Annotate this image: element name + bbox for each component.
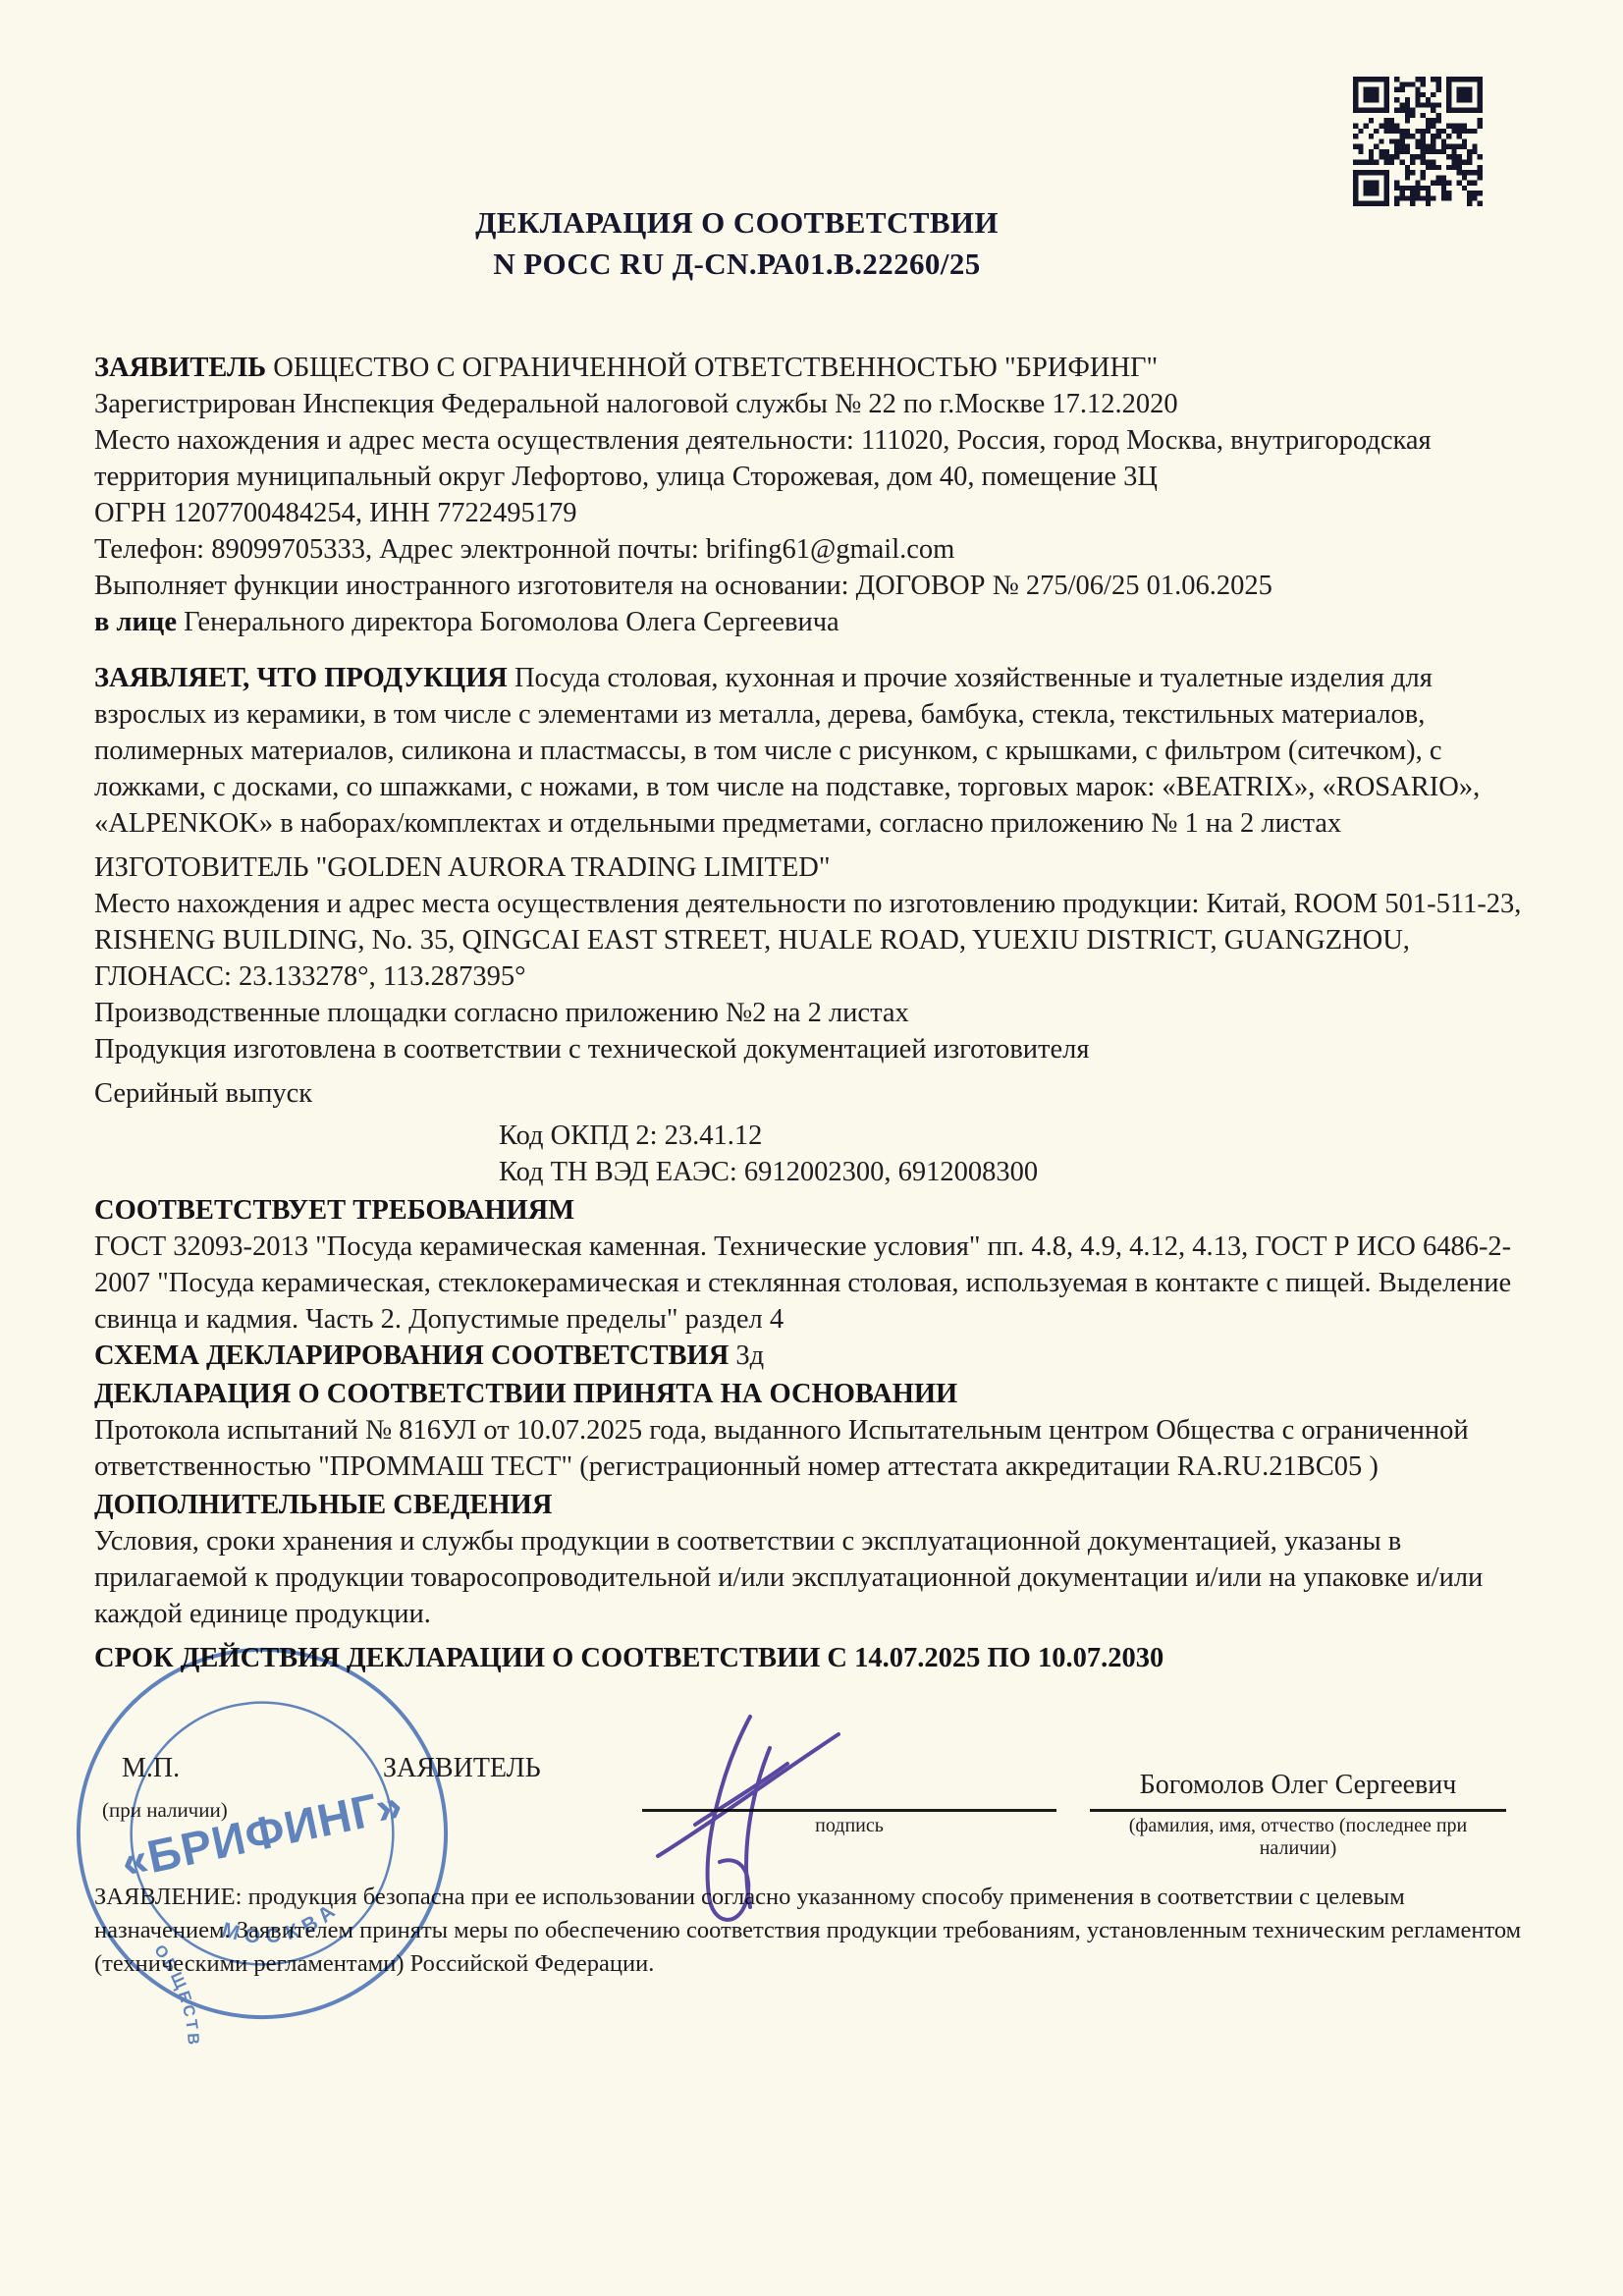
applicant-contacts: Телефон: 89099705333, Адрес электронной …: [94, 531, 1533, 568]
stamp-place-label: М.П.: [122, 1753, 180, 1784]
name-caption: (фамилия, имя, отчество (последнее при н…: [1090, 1815, 1506, 1860]
signature-caption: подпись: [642, 1815, 1056, 1837]
applicant-ogrn-inn: ОГРН 1207700484254, ИНН 7722495179: [94, 495, 1533, 531]
safety-statement: ЗАЯВЛЕНИЕ: продукция безопасна при ее ис…: [94, 1881, 1533, 1981]
declaration-number: N РОСС RU Д-CN.РА01.В.22260/25: [475, 244, 999, 285]
basis-text: Протокола испытаний № 816УЛ от 10.07.202…: [94, 1412, 1533, 1485]
compliance-heading: СООТВЕТСТВУЕТ ТРЕБОВАНИЯМ: [94, 1192, 1533, 1229]
signature-applicant-label: ЗАЯВИТЕЛЬ: [383, 1753, 541, 1784]
additional-text: Условия, сроки хранения и службы продукц…: [94, 1523, 1533, 1632]
okpd-code: Код ОКПД 2: 23.41.12: [499, 1118, 1533, 1154]
applicant-registration: Зарегистрирован Инспекция Федеральной на…: [94, 386, 1533, 422]
stamp-place-note: (при наличии): [102, 1798, 228, 1823]
product-declaration: ЗАЯВЛЯЕТ, ЧТО ПРОДУКЦИЯ Посуда столовая,…: [94, 660, 1533, 842]
applicant-label: ЗАЯВИТЕЛЬ: [94, 353, 266, 383]
compliance-standards: ГОСТ 32093-2013 "Посуда керамическая кам…: [94, 1229, 1533, 1338]
document-page: ДЕКЛАРАЦИЯ О СООТВЕТСТВИИ N РОСС RU Д-CN…: [0, 0, 1623, 2296]
basis-heading: ДЕКЛАРАЦИЯ О СООТВЕТСТВИИ ПРИНЯТА НА ОСН…: [94, 1376, 1533, 1412]
scheme-value: 3д: [735, 1340, 764, 1371]
manufacturer-sites: Производственные площадки согласно прило…: [94, 995, 1533, 1031]
applicant-foreign-functions: Выполняет функции иностранного изготовит…: [94, 568, 1533, 604]
applicant-heading: ЗАЯВИТЕЛЬ ОБЩЕСТВО С ОГРАНИЧЕННОЙ ОТВЕТС…: [94, 350, 1533, 386]
manufacturer-heading: ИЗГОТОВИТЕЛЬ "GOLDEN AURORA TRADING LIMI…: [94, 849, 1533, 886]
person-value: Генерального директора Богомолова Олега …: [184, 607, 839, 637]
manufacturer-tech-docs: Продукция изготовлена в соответствии с т…: [94, 1031, 1533, 1067]
scheme-label: СХЕМА ДЕКЛАРИРОВАНИЯ СООТВЕТСТВИЯ: [94, 1340, 729, 1371]
signatory-name: Богомолов Олег Сергеевич: [1090, 1770, 1506, 1801]
product-label: ЗАЯВЛЯЕТ, ЧТО ПРОДУКЦИЯ: [94, 663, 508, 693]
applicant-name: ОБЩЕСТВО С ОГРАНИЧЕННОЙ ОТВЕТСТВЕННОСТЬЮ…: [273, 353, 1158, 383]
person-label: в лице: [94, 607, 177, 637]
applicant-address: Место нахождения и адрес места осуществл…: [94, 422, 1533, 495]
name-line: Богомолов Олег Сергеевич (фамилия, имя, …: [1090, 1702, 1506, 1812]
applicant-person-line: в лице Генерального директора Богомолова…: [94, 604, 1533, 640]
title-block: ДЕКЛАРАЦИЯ О СООТВЕТСТВИИ N РОСС RU Д-CN…: [475, 202, 999, 285]
signature-block: М.П. (при наличии) ЗАЯВИТЕЛЬ подпись Бог…: [94, 1702, 1533, 1877]
scheme-line: СХЕМА ДЕКЛАРИРОВАНИЯ СООТВЕТСТВИЯ 3д: [94, 1338, 1533, 1374]
serial-release: Серийный выпуск: [94, 1075, 1533, 1112]
validity-period: СРОК ДЕЙСТВИЯ ДЕКЛАРАЦИИ О СООТВЕТСТВИИ …: [94, 1640, 1533, 1676]
additional-heading: ДОПОЛНИТЕЛЬНЫЕ СВЕДЕНИЯ: [94, 1487, 1533, 1523]
tnved-code: Код ТН ВЭД ЕАЭС: 6912002300, 6912008300: [499, 1154, 1533, 1190]
manufacturer-address: Место нахождения и адрес места осуществл…: [94, 886, 1533, 995]
signature-line: подпись: [642, 1702, 1056, 1812]
document-content: ДЕКЛАРАЦИЯ О СООТВЕТСТВИИ N РОСС RU Д-CN…: [0, 0, 1623, 2296]
page-title: ДЕКЛАРАЦИЯ О СООТВЕТСТВИИ: [475, 202, 999, 244]
